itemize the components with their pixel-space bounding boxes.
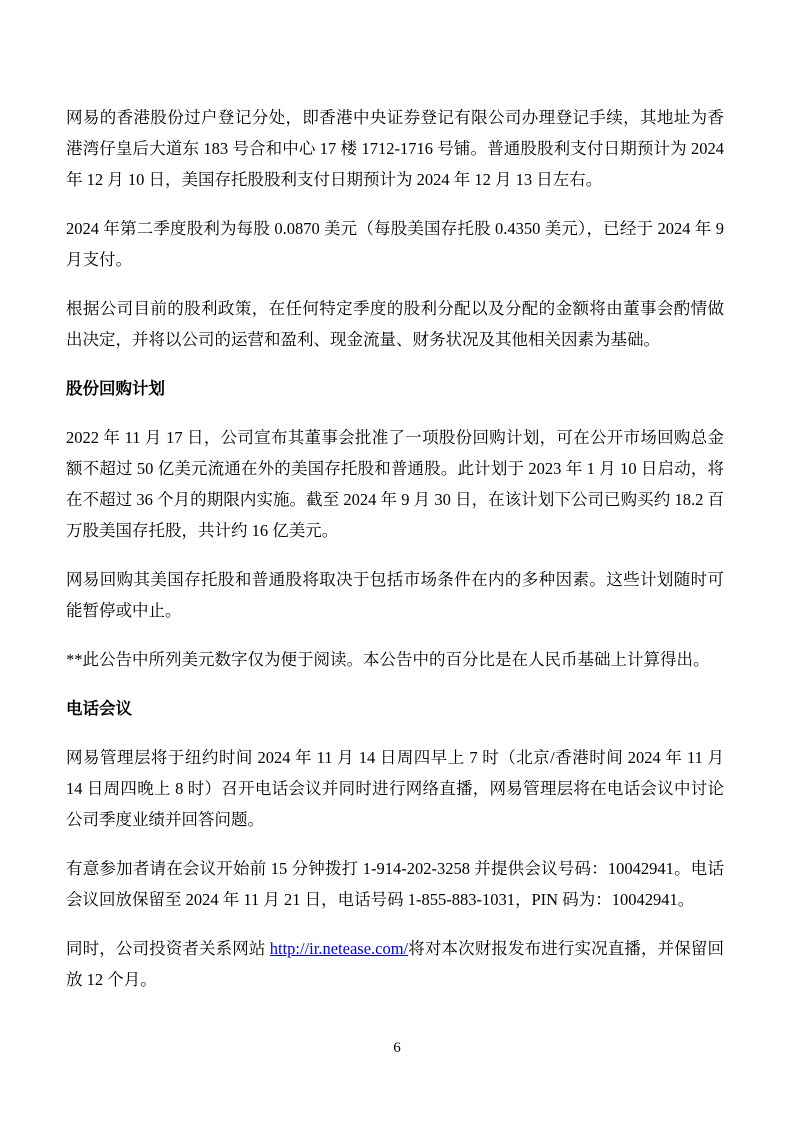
heading-conference-call: 电话会议 [66, 693, 724, 724]
para-q2-dividend: 2024 年第二季度股利为每股 0.0870 美元（每股美国存托股 0.4350… [66, 213, 724, 275]
para-repurchase-plan: 2022 年 11 月 17 日，公司宣布其董事会批准了一项股份回购计划，可在公… [66, 422, 724, 546]
document-page: 网易的香港股份过户登记分处，即香港中央证券登记有限公司办理登记手续，其地址为香港… [0, 0, 794, 1123]
webcast-text-before-link: 同时，公司投资者关系网站 [66, 939, 270, 958]
para-call-schedule: 网易管理层将于纽约时间 2024 年 11 月 14 日周四早上 7 时（北京/… [66, 742, 724, 835]
page-number: 6 [0, 1038, 794, 1058]
heading-share-repurchase-plan: 股份回购计划 [66, 373, 724, 404]
para-repurchase-factors: 网易回购其美国存托股和普通股将取决于包括市场条件在内的多种因素。这些计划随时可能… [66, 564, 724, 626]
para-call-dialin: 有意参加者请在会议开始前 15 分钟拨打 1-914-202-3258 并提供会… [66, 853, 724, 915]
document-content: 网易的香港股份过户登记分处，即香港中央证券登记有限公司办理登记手续，其地址为香港… [66, 102, 724, 995]
note-usd-figures: **此公告中所列美元数字仅为便于阅读。本公告中的百分比是在人民币基础上计算得出。 [66, 644, 724, 675]
para-webcast: 同时，公司投资者关系网站 http://ir.netease.com/将对本次财… [66, 933, 724, 995]
para-dividend-policy: 根据公司目前的股利政策，在任何特定季度的股利分配以及分配的金额将由董事会酌情做出… [66, 293, 724, 355]
ir-website-link[interactable]: http://ir.netease.com/ [270, 939, 408, 958]
para-hk-share-registrar: 网易的香港股份过户登记分处，即香港中央证券登记有限公司办理登记手续，其地址为香港… [66, 102, 724, 195]
